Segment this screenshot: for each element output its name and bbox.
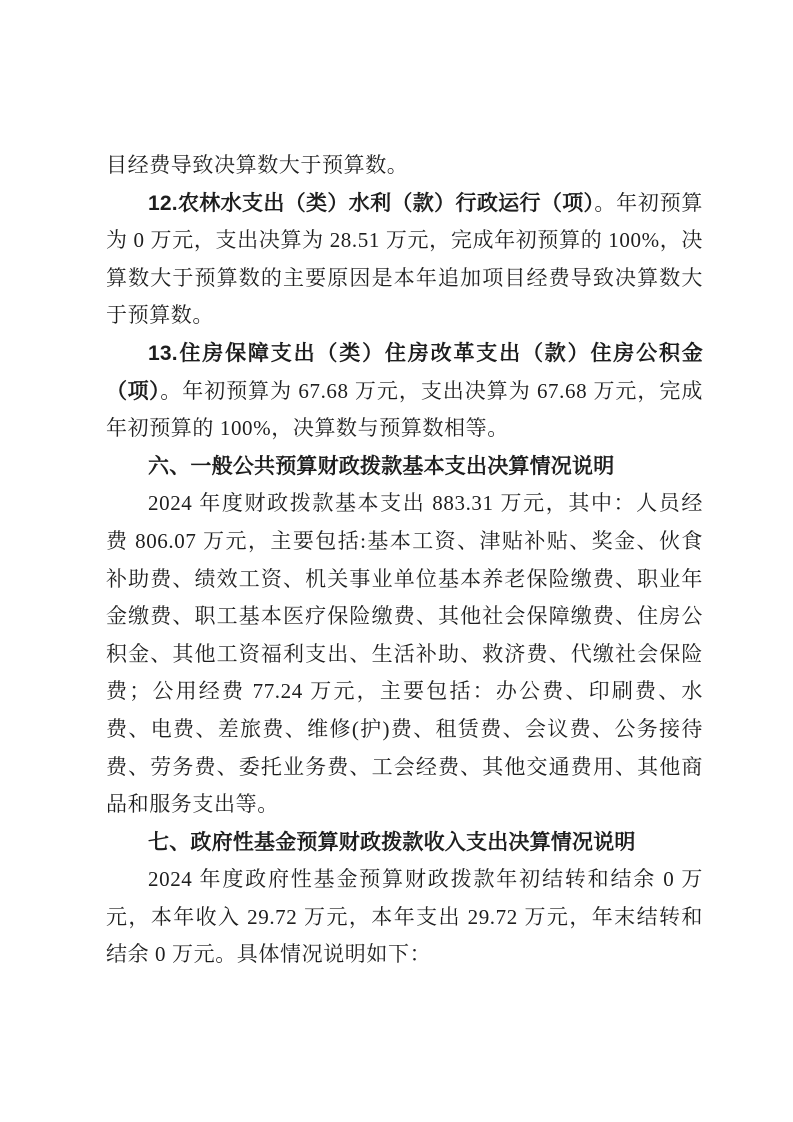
text-run: 2024 年度财政拨款基本支出 883.31 万元，其中：人员经费 806.07… (106, 491, 703, 816)
bold-text-run: 七、政府性基金预算财政拨款收入支出决算情况说明 (148, 831, 636, 854)
bold-text-run: 12.农林水支出（类）水利（款）行政运行（项） (148, 192, 594, 215)
bold-text-run: 六、一般公共预算财政拨款基本支出决算情况说明 (148, 455, 614, 478)
heading-section-7: 七、政府性基金预算财政拨款收入支出决算情况说明 (106, 824, 703, 862)
para-carryover: 目经费导致决算数大于预算数。 (106, 147, 703, 185)
para-section-7: 2024 年度政府性基金预算财政拨款年初结转和结余 0 万元，本年收入 29.7… (106, 861, 703, 974)
text-run: 。年初预算为 67.68 万元，支出决算为 67.68 万元，完成年初预算的 1… (106, 379, 703, 441)
heading-section-6: 六、一般公共预算财政拨款基本支出决算情况说明 (106, 448, 703, 486)
text-run: 2024 年度政府性基金预算财政拨款年初结转和结余 0 万元，本年收入 29.7… (106, 867, 703, 966)
para-section-6: 2024 年度财政拨款基本支出 883.31 万元，其中：人员经费 806.07… (106, 485, 703, 823)
document-page: 目经费导致决算数大于预算数。12.农林水支出（类）水利（款）行政运行（项）。年初… (0, 0, 793, 1122)
para-item-12: 12.农林水支出（类）水利（款）行政运行（项）。年初预算为 0 万元，支出决算为… (106, 185, 703, 335)
document-body: 目经费导致决算数大于预算数。12.农林水支出（类）水利（款）行政运行（项）。年初… (106, 147, 703, 974)
para-item-13: 13.住房保障支出（类）住房改革支出（款）住房公积金（项）。年初预算为 67.6… (106, 335, 703, 448)
text-run: 目经费导致决算数大于预算数。 (106, 153, 408, 177)
